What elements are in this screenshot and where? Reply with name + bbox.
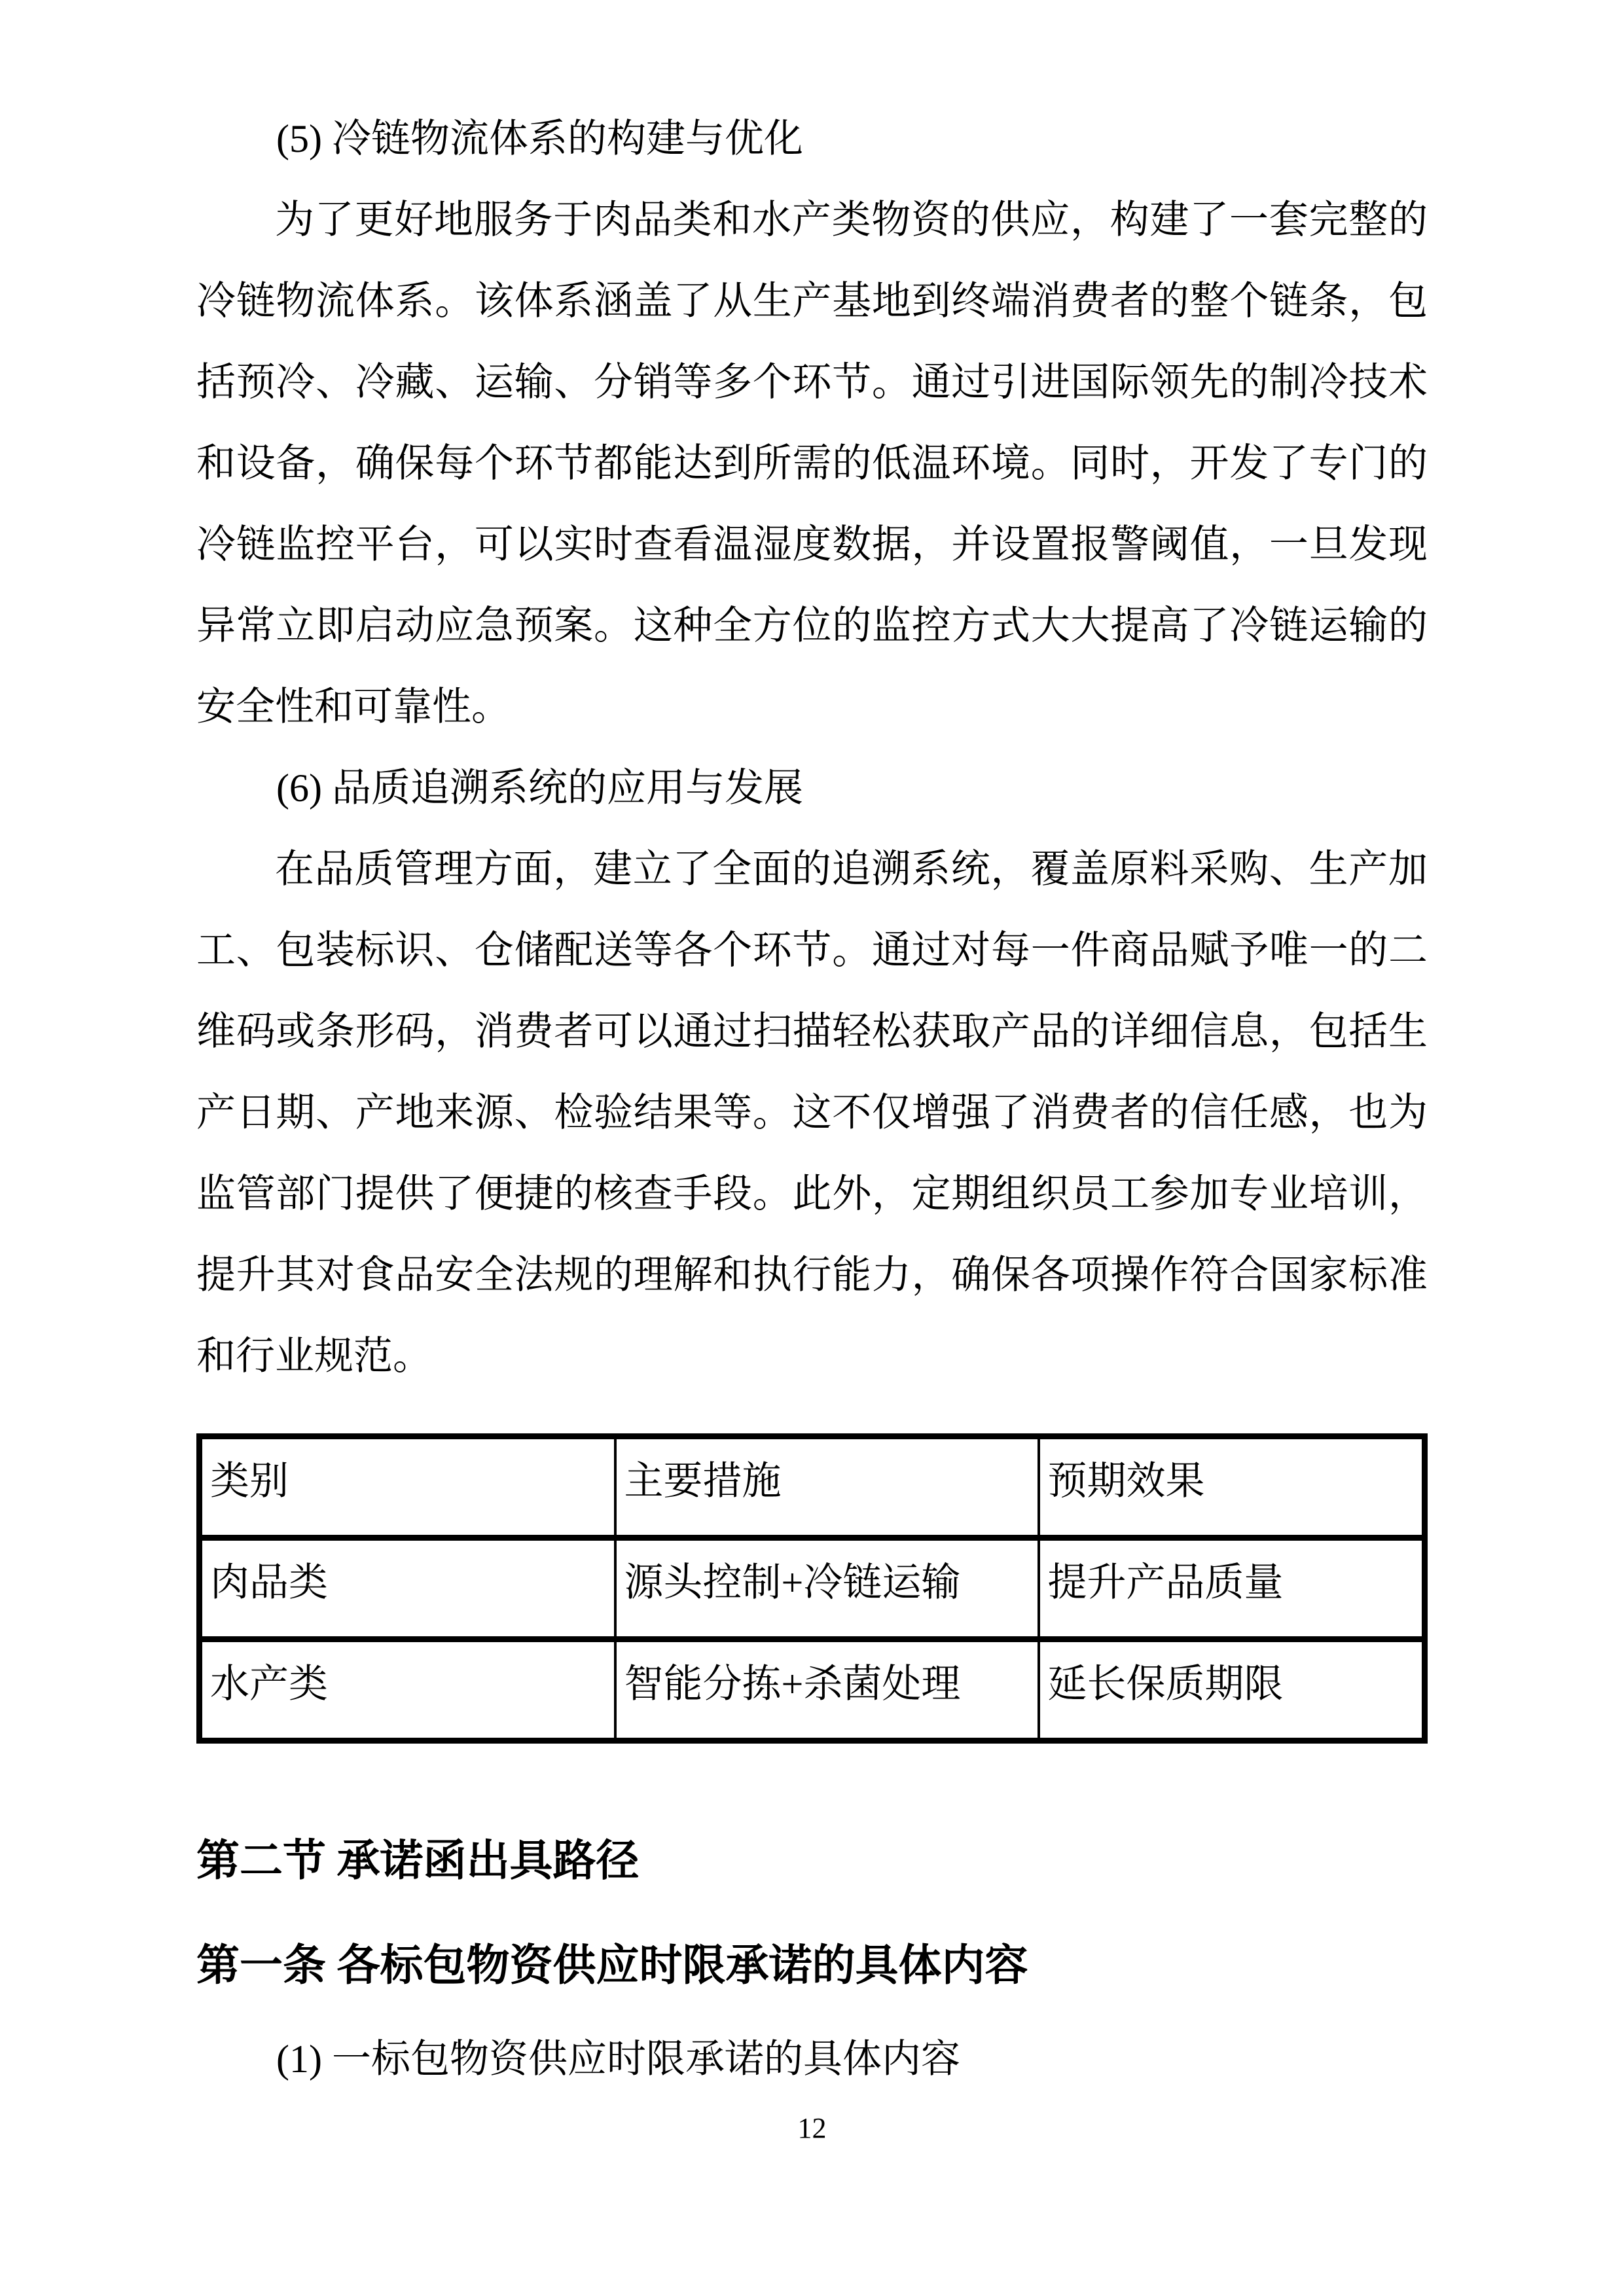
paragraph-traceability: 在品质管理方面，建立了全面的追溯系统，覆盖原料采购、生产加工、包装标识、仓储配送…	[196, 829, 1428, 1397]
table-cell-measures: 智能分拣+杀菌处理	[615, 1640, 1039, 1741]
table-cell-effect: 延长保质期限	[1039, 1640, 1425, 1741]
table-header-measures: 主要措施	[615, 1437, 1039, 1538]
table-cell-effect: 提升产品质量	[1039, 1538, 1425, 1640]
document-page: (5) 冷链物流体系的构建与优化 为了更好地服务于肉品类和水产类物资的供应，构建…	[0, 0, 1624, 2296]
table-header-row: 类别 主要措施 预期效果	[200, 1437, 1425, 1538]
heading-item-6: (6) 品质追溯系统的应用与发展	[196, 747, 1428, 829]
table-cell-measures: 源头控制+冷链运输	[615, 1538, 1039, 1640]
paragraph-cold-chain: 为了更好地服务于肉品类和水产类物资的供应，构建了一套完整的冷链物流体系。该体系涵…	[196, 179, 1428, 747]
table-row-aquatic: 水产类 智能分拣+杀菌处理 延长保质期限	[200, 1640, 1425, 1741]
item-1-heading: (1) 一标包物资供应时限承诺的具体内容	[196, 2018, 1428, 2100]
heading-item-5: (5) 冷链物流体系的构建与优化	[196, 98, 1428, 179]
table-header-effect: 预期效果	[1039, 1437, 1425, 1538]
table-row-meat: 肉品类 源头控制+冷链运输 提升产品质量	[200, 1538, 1425, 1640]
table-cell-category: 肉品类	[200, 1538, 615, 1640]
measures-table: 类别 主要措施 预期效果 肉品类 源头控制+冷链运输 提升产品质量 水产类 智能…	[196, 1433, 1428, 1744]
page-number: 12	[196, 2109, 1428, 2148]
table-header-category: 类别	[200, 1437, 615, 1538]
section-heading: 第二节 承诺函出具路径	[196, 1809, 1428, 1914]
article-heading: 第一条 各标包物资供应时限承诺的具体内容	[196, 1914, 1428, 2018]
table-cell-category: 水产类	[200, 1640, 615, 1741]
